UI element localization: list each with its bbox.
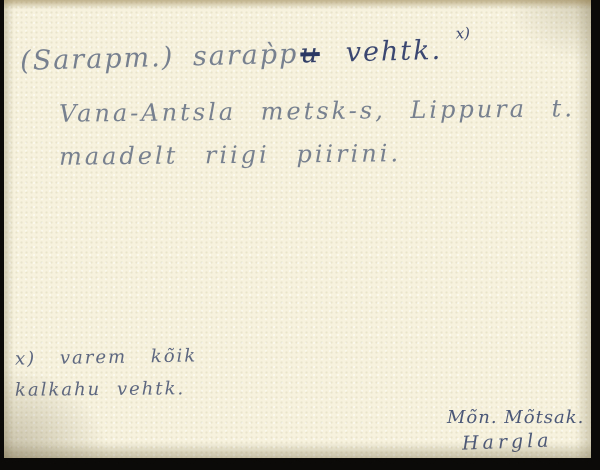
index-card: (Sarapm.) sarap̀puvehtk.x) Vana-Antsla m… bbox=[4, 0, 591, 458]
heading-keyword: (Sarapm.) sarap̀p bbox=[20, 39, 299, 77]
strikethrough-text: u bbox=[300, 38, 320, 69]
signature-parish: Hargla bbox=[462, 429, 553, 454]
heading-term: vehtk. bbox=[345, 35, 442, 69]
scanned-archive-card: (Sarapm.) sarap̀puvehtk.x) Vana-Antsla m… bbox=[0, 0, 600, 470]
body-line-1: Vana-Antsla metsk-s, Lippura t. bbox=[59, 94, 575, 127]
footnote-marker: x) bbox=[455, 24, 470, 42]
card-heading-line: (Sarapm.) sarap̀puvehtk.x) bbox=[20, 24, 471, 77]
footnote-line-1: x) varem kõik bbox=[15, 345, 198, 369]
body-line-2: maadelt riigi piirini. bbox=[59, 139, 401, 171]
signature-line-1: Mõn. Mõtsak. bbox=[447, 407, 584, 428]
footnote-line-2: kalkahu vehtk. bbox=[15, 378, 185, 400]
